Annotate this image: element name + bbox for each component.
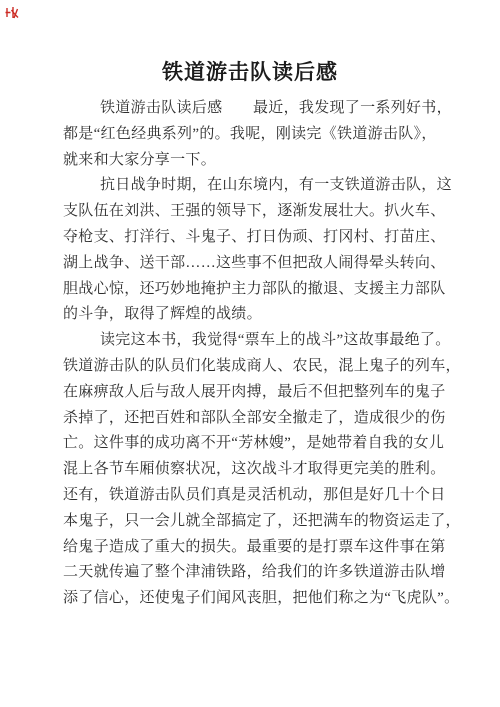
text-line: 湖上战争、送干部……这些事不但把敌人闹得晕头转向、 (63, 251, 449, 277)
text-line: 本鬼子，只一会儿就全部搞定了，还把满车的物资运走了， (63, 509, 449, 535)
text-line: 读完这本书，我觉得“票车上的战斗”这故事最绝了。 (63, 328, 449, 354)
text-line: 胆战心惊，还巧妙地掩护主力部队的撤退、支援主力部队 (63, 277, 449, 303)
text-line: 铁道游击队读后感 最近，我发现了一系列好书， (63, 96, 449, 122)
text-line: 添了信心，还使鬼子们闻风丧胆，把他们称之为“飞虎队”。 (63, 586, 449, 612)
text-line: 就来和大家分享一下。 (63, 148, 449, 174)
document-page: 铁道游击队读后感 铁道游击队读后感 最近，我发现了一系列好书，都是“红色经典系列… (0, 0, 500, 707)
text-line: 给鬼子造成了重大的损失。最重要的是打票车这件事在第 (63, 535, 449, 561)
red-watermark-icon (5, 5, 19, 20)
text-line: 铁道游击队的队员们化装成商人、农民，混上鬼子的列车， (63, 354, 449, 380)
text-line: 在麻痹敌人后与敌人展开肉搏，最后不但把整列车的鬼子 (63, 380, 449, 406)
text-line: 抗日战争时期，在山东境内，有一支铁道游击队，这 (63, 173, 449, 199)
text-line: 二天就传遍了整个津浦铁路，给我们的许多铁道游击队增 (63, 560, 449, 586)
text-line: 亡。这件事的成功离不开“芳林嫂”，是她带着自我的女儿 (63, 431, 449, 457)
text-line: 还有，铁道游击队员们真是灵活机动，那但是好几十个日 (63, 483, 449, 509)
page-title: 铁道游击队读后感 (0, 0, 500, 88)
text-line: 混上各节车厢侦察状况，这次战斗才取得更完美的胜利。 (63, 457, 449, 483)
text-line: 都是“红色经典系列”的。我呢，刚读完《铁道游击队》， (63, 122, 449, 148)
text-line: 支队伍在刘洪、王强的领导下，逐渐发展壮大。扒火车、 (63, 199, 449, 225)
text-line: 夺枪支、打洋行、斗鬼子、打日伪顽、打冈村、打苗庄、 (63, 225, 449, 251)
text-line: 的斗争，取得了辉煌的战绩。 (63, 302, 449, 328)
document-body: 铁道游击队读后感 最近，我发现了一系列好书，都是“红色经典系列”的。我呢，刚读完… (63, 96, 449, 612)
text-line: 杀掉了，还把百姓和部队全部安全撤走了，造成很少的伤 (63, 406, 449, 432)
